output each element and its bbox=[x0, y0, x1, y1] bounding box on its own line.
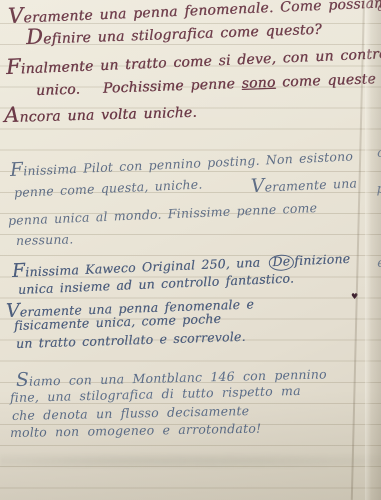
handwritten-word-circled: De bbox=[268, 254, 294, 271]
edge-glyph-fragment: o bbox=[377, 146, 381, 161]
edge-glyph-fragment: e bbox=[377, 256, 381, 271]
edge-glyph-fragment: p bbox=[377, 182, 381, 197]
handwritten-word-underlined: sono bbox=[241, 75, 275, 92]
handwritten-word: finizione bbox=[294, 251, 351, 268]
page-texture bbox=[0, 452, 381, 470]
handwritten-line: nessuna. bbox=[16, 231, 74, 248]
handwritten-word: unico. bbox=[36, 81, 81, 99]
page-edge-strip bbox=[365, 0, 381, 500]
notebook-page: Veramente una penna fenomenale. Come pos… bbox=[0, 0, 381, 500]
edge-glyph-fragment: q bbox=[377, 0, 381, 15]
